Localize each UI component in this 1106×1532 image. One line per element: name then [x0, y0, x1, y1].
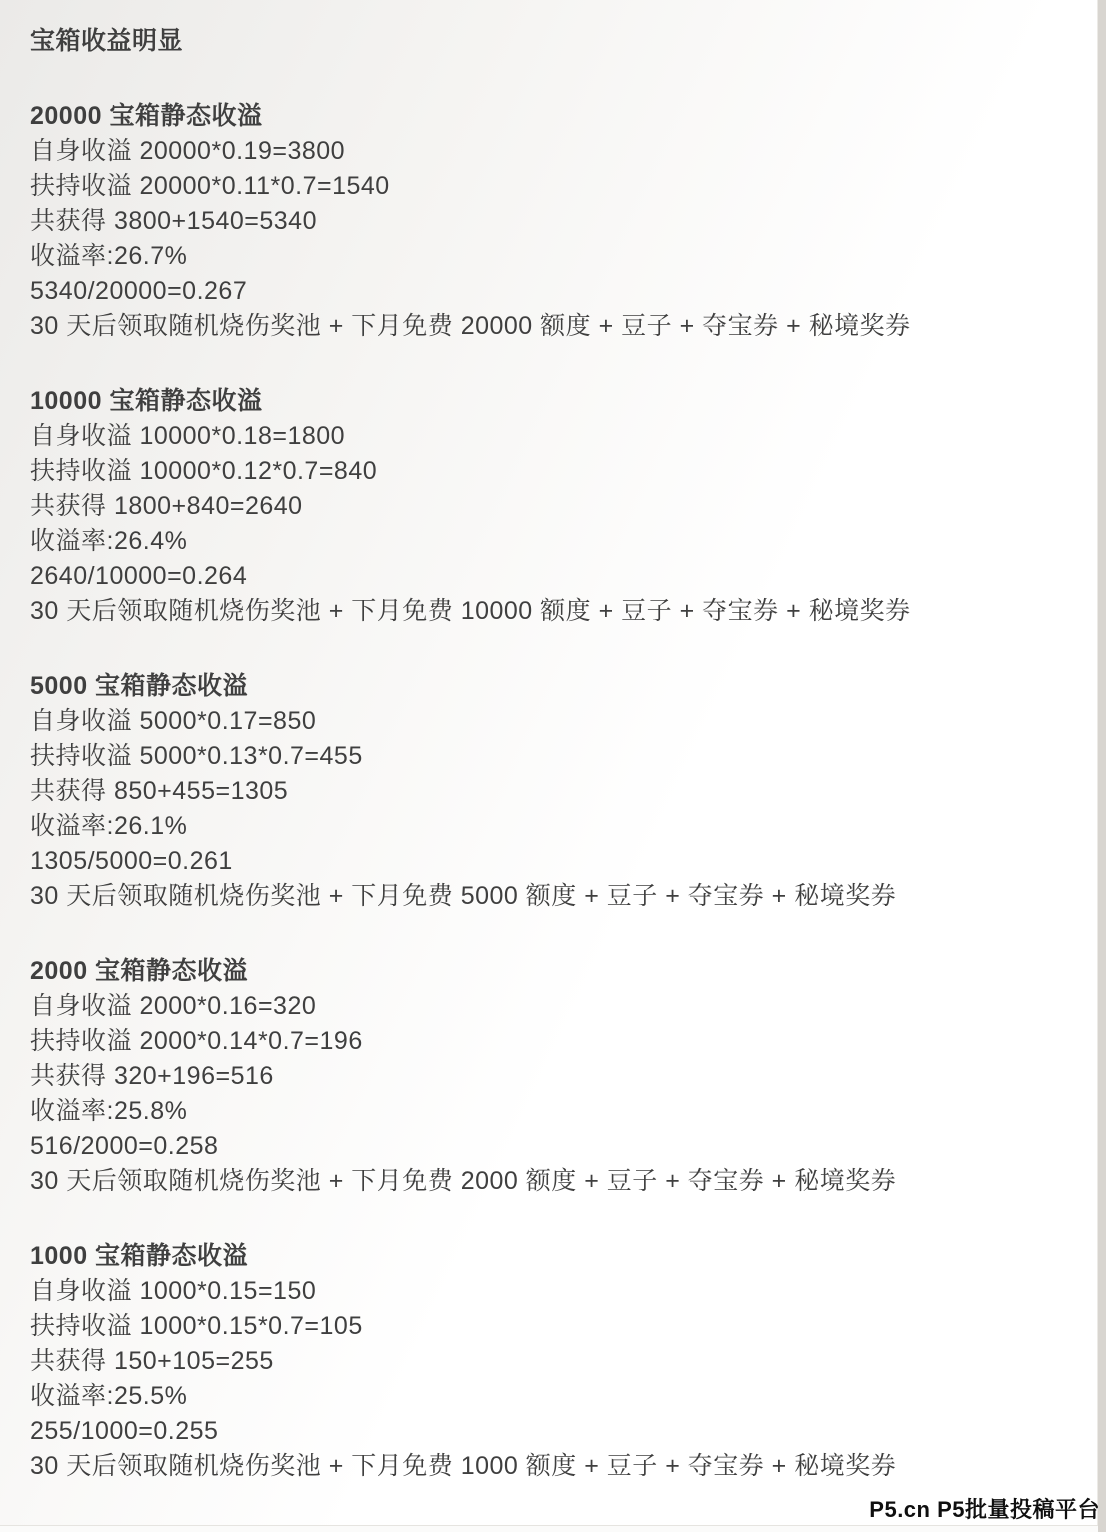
- calc-line-yield-rate: 收溢率:25.8%: [30, 1094, 1066, 1129]
- calc-line-bonus: 30 天后领取随机烧伤奖池 + 下月免费 5000 额度 + 豆子 + 夺宝券 …: [30, 879, 1066, 914]
- calc-line-yield-rate: 收溢率:26.1%: [30, 809, 1066, 844]
- section-header: 10000 宝箱静态收溢: [30, 384, 1066, 419]
- calc-line-ratio: 516/2000=0.258: [30, 1129, 1066, 1164]
- calc-line-ratio: 1305/5000=0.261: [30, 844, 1066, 879]
- document-body: 宝箱收益明显 20000 宝箱静态收溢 自身收溢 20000*0.19=3800…: [0, 0, 1096, 1484]
- calc-line-ratio: 2640/10000=0.264: [30, 559, 1066, 594]
- calc-line-self-yield: 自身收溢 5000*0.17=850: [30, 704, 1066, 739]
- calc-line-self-yield: 自身收溢 10000*0.18=1800: [30, 419, 1066, 454]
- section-header: 20000 宝箱静态收溢: [30, 99, 1066, 134]
- calc-line-bonus: 30 天后领取随机烧伤奖池 + 下月免费 1000 额度 + 豆子 + 夺宝券 …: [30, 1449, 1066, 1484]
- section-10000: 10000 宝箱静态收溢 自身收溢 10000*0.18=1800 扶持收溢 1…: [30, 384, 1066, 629]
- calc-line-support-yield: 扶持收溢 1000*0.15*0.7=105: [30, 1309, 1066, 1344]
- section-2000: 2000 宝箱静态收溢 自身收溢 2000*0.16=320 扶持收溢 2000…: [30, 954, 1066, 1199]
- calc-line-support-yield: 扶持收溢 2000*0.14*0.7=196: [30, 1024, 1066, 1059]
- calc-line-total: 共获得 850+455=1305: [30, 774, 1066, 809]
- calc-line-self-yield: 自身收溢 2000*0.16=320: [30, 989, 1066, 1024]
- section-5000: 5000 宝箱静态收溢 自身收溢 5000*0.17=850 扶持收溢 5000…: [30, 669, 1066, 914]
- calc-line-support-yield: 扶持收溢 5000*0.13*0.7=455: [30, 739, 1066, 774]
- calc-line-support-yield: 扶持收溢 20000*0.11*0.7=1540: [30, 169, 1066, 204]
- calc-line-self-yield: 自身收溢 20000*0.19=3800: [30, 134, 1066, 169]
- section-header: 2000 宝箱静态收溢: [30, 954, 1066, 989]
- section-header: 1000 宝箱静态收溢: [30, 1239, 1066, 1274]
- section-1000: 1000 宝箱静态收溢 自身收溢 1000*0.15=150 扶持收溢 1000…: [30, 1239, 1066, 1484]
- photo-bottom-edge: [0, 1525, 1098, 1532]
- page-title: 宝箱收益明显: [30, 24, 1066, 59]
- section-header: 5000 宝箱静态收溢: [30, 669, 1066, 704]
- photo-right-edge: [1097, 0, 1106, 1532]
- calc-line-total: 共获得 320+196=516: [30, 1059, 1066, 1094]
- calc-line-yield-rate: 收溢率:25.5%: [30, 1379, 1066, 1414]
- calc-line-ratio: 255/1000=0.255: [30, 1414, 1066, 1449]
- calc-line-self-yield: 自身收溢 1000*0.15=150: [30, 1274, 1066, 1309]
- calc-line-yield-rate: 收溢率:26.7%: [30, 239, 1066, 274]
- calc-line-ratio: 5340/20000=0.267: [30, 274, 1066, 309]
- watermark: P5.cn P5批量投稿平台: [869, 1493, 1100, 1524]
- section-20000: 20000 宝箱静态收溢 自身收溢 20000*0.19=3800 扶持收溢 2…: [30, 99, 1066, 344]
- calc-line-total: 共获得 150+105=255: [30, 1344, 1066, 1379]
- calc-line-yield-rate: 收溢率:26.4%: [30, 524, 1066, 559]
- calc-line-total: 共获得 1800+840=2640: [30, 489, 1066, 524]
- calc-line-support-yield: 扶持收溢 10000*0.12*0.7=840: [30, 454, 1066, 489]
- calc-line-bonus: 30 天后领取随机烧伤奖池 + 下月免费 2000 额度 + 豆子 + 夺宝券 …: [30, 1164, 1066, 1199]
- calc-line-bonus: 30 天后领取随机烧伤奖池 + 下月免费 20000 额度 + 豆子 + 夺宝券…: [30, 309, 1066, 344]
- calc-line-total: 共获得 3800+1540=5340: [30, 204, 1066, 239]
- calc-line-bonus: 30 天后领取随机烧伤奖池 + 下月免费 10000 额度 + 豆子 + 夺宝券…: [30, 594, 1066, 629]
